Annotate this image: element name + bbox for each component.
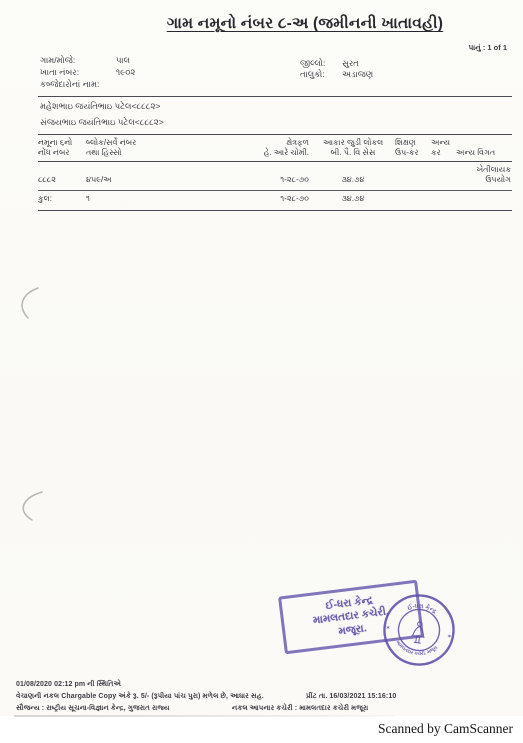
scan-pen-mark-icon bbox=[15, 489, 47, 523]
header-line: બી. પૈ. વિ સેસ bbox=[312, 148, 394, 158]
seal-top-text: ઈ-ધરા કેન્દ્ર bbox=[405, 600, 438, 616]
seal-bottom-text: મામલતદાર કચેરી, મજૂરા bbox=[393, 638, 440, 659]
star-icon: ✶ bbox=[385, 624, 391, 632]
header-line: નોંધ નંબર bbox=[38, 148, 86, 158]
cell-other-details: ખેતીલાયક ઉપયોગ bbox=[456, 165, 512, 186]
footer-copy-line: વેચાણની નકલ Chargable Copy અંકે રૂ. 5/- … bbox=[16, 693, 264, 701]
header-line: હે. આરે ચોમી. bbox=[256, 148, 309, 158]
stamp-line: મજૂરા. bbox=[338, 622, 368, 638]
header-line: અન્ય વિગત bbox=[456, 148, 512, 158]
total-label: કુલ: bbox=[38, 194, 86, 204]
col-header-other-details: અન્ય વિગત bbox=[456, 148, 512, 158]
document-title: ગામ નમૂનો નંબર ૮-અ (જમીનની ખાતાવહી) bbox=[95, 15, 515, 33]
ashoka-emblem-icon bbox=[411, 621, 427, 644]
total-assessment: ૩૪.૭૪ bbox=[312, 194, 394, 204]
header-line: ઉપ-કર bbox=[395, 148, 430, 158]
village-label: ગામ/મોજે: bbox=[40, 55, 75, 66]
cell-nondh-number: ૮૮૮૨ bbox=[38, 175, 86, 185]
table-total-row: કુલ: ૧ ૧-૨૮-૭૦ ૩૪.૭૪ bbox=[38, 191, 512, 211]
khata-table: નમૂના ૬નો નોંધ નંબર બ્લોક/સર્વે નંબર તથા… bbox=[38, 134, 512, 211]
cell-block-survey: ૪૫૯/અ bbox=[86, 175, 256, 185]
col-header-education-cess: શિક્ષણ ઉપ-કર bbox=[394, 138, 430, 159]
district-value: સુરત bbox=[342, 58, 359, 69]
col-header-area: ક્ષેત્રફળ હે. આરે ચોમી. bbox=[256, 138, 312, 159]
col-header-assessment: આકાર જુડી લોકલ બી. પૈ. વિ સેસ bbox=[312, 138, 394, 159]
scanned-document-page: ગામ નમૂનો નંબર ૮-અ (જમીનની ખાતાવહી) પાનુ… bbox=[0, 0, 523, 743]
header-divider-line bbox=[38, 96, 512, 97]
district-label: જીલ્લો: bbox=[300, 58, 325, 69]
seal-outer-ring bbox=[380, 591, 458, 669]
col-header-block-survey: બ્લોક/સર્વે નંબર તથા હિસ્સો bbox=[86, 138, 256, 159]
header-line: આકાર જુડી લોકલ bbox=[312, 138, 394, 148]
col-header-nondh-number: નમૂના ૬નો નોંધ નંબર bbox=[38, 138, 86, 159]
cell-area: ૧-૨૮-૭૦ bbox=[256, 175, 312, 185]
col-header-other-tax: અન્ય કર bbox=[430, 138, 456, 159]
star-icon: ✶ bbox=[446, 633, 452, 641]
occupant-name-1: મહેશભાઇ જયંતિભાઇ પટેલ<૮૮૮૨> bbox=[40, 101, 160, 112]
header-line: કર bbox=[431, 148, 456, 158]
taluka-value: અડાજણ bbox=[342, 69, 373, 80]
footer-courtesy-line: સૌજન્ય : રાષ્ટ્રીય સૂચના-વિજ્ઞાન કેન્દ્ર… bbox=[16, 705, 170, 713]
scan-pen-mark-icon bbox=[14, 286, 44, 320]
header-line: નમૂના ૬નો bbox=[38, 138, 86, 148]
footer-status-line: 01/08/2020 02:12 pm ની સ્થિતિએ bbox=[16, 681, 121, 689]
footer-print-datetime: પ્રીંટ તા. 16/03/2021 15:16:10 bbox=[306, 693, 396, 701]
scan-edge-shadow bbox=[14, 715, 394, 717]
round-official-seal-stamp: ઈ-ધરા કેન્દ્ર મામલતદાર કચેરી, મજૂરા ✶ ✶ bbox=[374, 585, 464, 675]
header-line: અન્ય bbox=[431, 138, 456, 148]
table-row: ૮૮૮૨ ૪૫૯/અ ૧-૨૮-૭૦ ૩૪.૭૪ ખેતીલાયક ઉપયોગ bbox=[38, 162, 512, 191]
khata-number-label: ખાતા નંબર: bbox=[40, 67, 79, 78]
seal-bottom-arc-text: મામલતદાર કચેરી, મજૂરા bbox=[393, 638, 440, 659]
total-count: ૧ bbox=[86, 194, 256, 204]
cell-assessment: ૩૪.૭૪ bbox=[312, 175, 394, 185]
occupant-name-2: સંજયભાઇ જયંતિભાઇ પટેલ<૮૮૮૨> bbox=[40, 117, 164, 128]
footer-issuing-office-line: નકલ આપનાર કચેરી : મામલતદાર કચેરી મજૂરા bbox=[232, 705, 368, 713]
page-number-label: પાનું : 1 of 1 bbox=[468, 43, 507, 53]
header-line: ક્ષેત્રફળ bbox=[256, 138, 309, 148]
camscanner-watermark: Scanned by CamScanner bbox=[378, 721, 513, 737]
village-value: પાલ bbox=[116, 55, 130, 66]
khata-number-value: ૧૯૦૨ bbox=[116, 67, 135, 78]
seal-top-arc-text: ઈ-ધરા કેન્દ્ર bbox=[405, 600, 438, 616]
taluka-label: તાલુકો: bbox=[300, 69, 325, 80]
occupants-label: કબ્જેદારોનાં નામ: bbox=[40, 79, 99, 90]
header-line: બ્લોક/સર્વે નંબર bbox=[86, 138, 256, 148]
header-line: શિક્ષણ bbox=[395, 138, 430, 148]
table-header-row: નમૂના ૬નો નોંધ નંબર બ્લોક/સર્વે નંબર તથા… bbox=[38, 135, 512, 162]
total-area: ૧-૨૮-૭૦ bbox=[256, 194, 312, 204]
header-line: તથા હિસ્સો bbox=[86, 148, 256, 158]
